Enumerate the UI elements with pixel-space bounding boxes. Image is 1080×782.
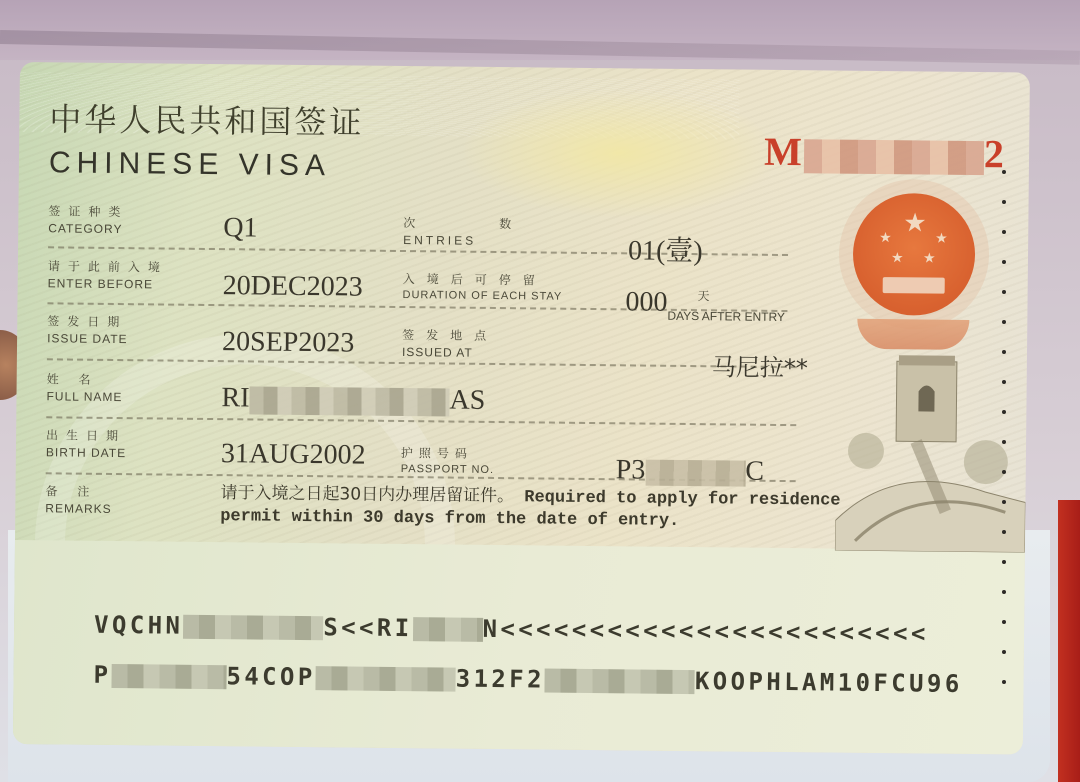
mrz-zone	[13, 540, 1025, 755]
visa-number-prefix: M	[764, 129, 804, 174]
redaction-blur	[316, 666, 456, 691]
full-name-label: 姓 名 FULL NAME	[46, 370, 122, 404]
passport-no-value: P3C	[616, 454, 765, 488]
issue-date-value: 20SEP2023	[222, 326, 355, 359]
full-name-value: RIAS	[221, 382, 485, 417]
passport-cover-edge	[1058, 500, 1080, 782]
national-emblem-icon: ★ ★ ★ ★ ★	[852, 193, 975, 316]
duration-unit-cn: 天	[698, 287, 710, 304]
redaction-blur	[111, 664, 226, 689]
category-label: 签证种类 CATEGORY	[48, 202, 128, 236]
issue-date-label: 签发日期 ISSUE DATE	[47, 312, 128, 346]
birth-date-label: 出生日期 BIRTH DATE	[46, 426, 127, 460]
category-value: Q1	[223, 212, 258, 244]
redaction-blur	[183, 615, 323, 640]
entries-label: 次 数 ENTRIES	[403, 214, 551, 249]
issued-at-value: 马尼拉**	[712, 347, 808, 383]
perforation-holes	[1002, 170, 1012, 690]
redaction-blur	[804, 139, 984, 175]
duration-value: 000	[625, 286, 667, 318]
redaction-blur	[249, 386, 449, 416]
redaction-blur	[545, 669, 695, 695]
visa-sticker: 中华人民共和国签证 CHINESE VISA M2 签证种类 CATEGORY …	[13, 62, 1030, 755]
redaction-blur	[645, 459, 745, 486]
visa-number: M2	[764, 128, 1006, 178]
birth-date-value: 31AUG2002	[221, 438, 366, 472]
visa-title-english: CHINESE VISA	[49, 146, 331, 183]
redaction-blur	[412, 617, 482, 642]
emblem-base	[857, 319, 969, 350]
passport-no-label: 护照号码 PASSPORT NO.	[401, 444, 495, 476]
remarks-label: 备 注 REMARKS	[45, 482, 112, 516]
enter-before-value: 20DEC2023	[222, 270, 362, 303]
enter-before-label: 请于此前入境 ENTER BEFORE	[48, 257, 168, 291]
issued-at-label: 签发地点 ISSUED AT	[402, 326, 498, 360]
duration-label: 入境后可停留 DURATION OF EACH STAY	[403, 270, 563, 303]
duration-unit-en: DAYS AFTER ENTRY	[667, 309, 785, 324]
entries-value: 01(壹)	[628, 228, 703, 269]
great-wall-icon	[835, 351, 1027, 553]
visa-title-chinese: 中华人民共和国签证	[49, 94, 364, 143]
